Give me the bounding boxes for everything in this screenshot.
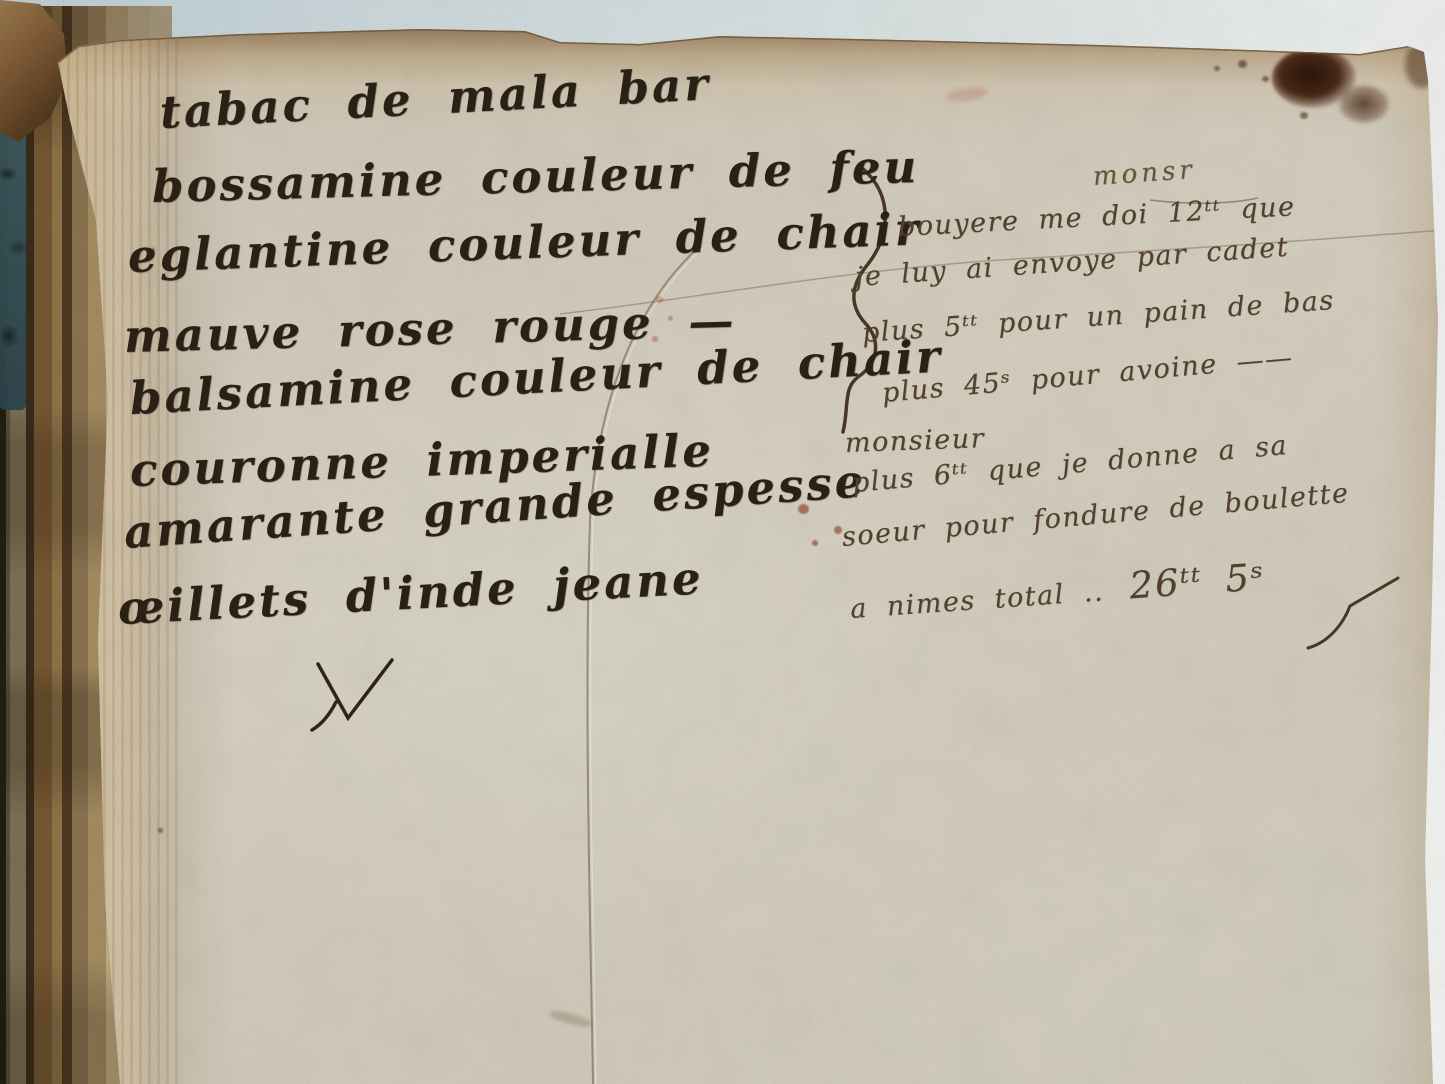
- ink-speckle: [1262, 76, 1269, 82]
- marbled-cover-paper: [0, 115, 26, 410]
- right-column-header: monsr: [1092, 155, 1197, 192]
- left-line-3: eglantine couleur de chair: [127, 202, 922, 283]
- ink-speckle: [1214, 66, 1220, 71]
- left-line-8: œillets d'inde jeane: [117, 551, 705, 635]
- pink-smear: [945, 85, 988, 104]
- right-line-8: a nimes total ..26ᵗᵗ 5ˢ: [849, 555, 1267, 627]
- right-line-4: plus 45ˢ pour avoine ——: [881, 342, 1295, 409]
- ink-speckle: [1238, 60, 1247, 68]
- total-amount: 26ᵗᵗ 5ˢ: [1128, 555, 1267, 607]
- check-mark: [312, 660, 392, 730]
- left-line-1: tabac de mala bar: [159, 57, 712, 139]
- red-spot: [812, 540, 818, 546]
- ink-stain-secondary: [1338, 84, 1390, 124]
- ink-speckle: [1300, 112, 1308, 119]
- total-tick-flourish: [1308, 578, 1398, 648]
- right-line-3: plus 5ᵗᵗ pour un pain de bas: [861, 285, 1336, 349]
- smudge: [547, 1008, 594, 1030]
- right-line-5: monsieur: [844, 423, 985, 459]
- total-label: a nimes total ..: [849, 576, 1105, 625]
- page-top-edge-rim: [58, 29, 1408, 62]
- manuscript-page: tabac de mala bar bossamine couleur de f…: [0, 0, 1445, 1084]
- corner-stain: [1405, 42, 1439, 88]
- photograph-of-manuscript: tabac de mala bar bossamine couleur de f…: [0, 0, 1445, 1084]
- ink-speckle: [158, 828, 163, 833]
- left-line-2: bossamine couleur de feu: [151, 140, 920, 213]
